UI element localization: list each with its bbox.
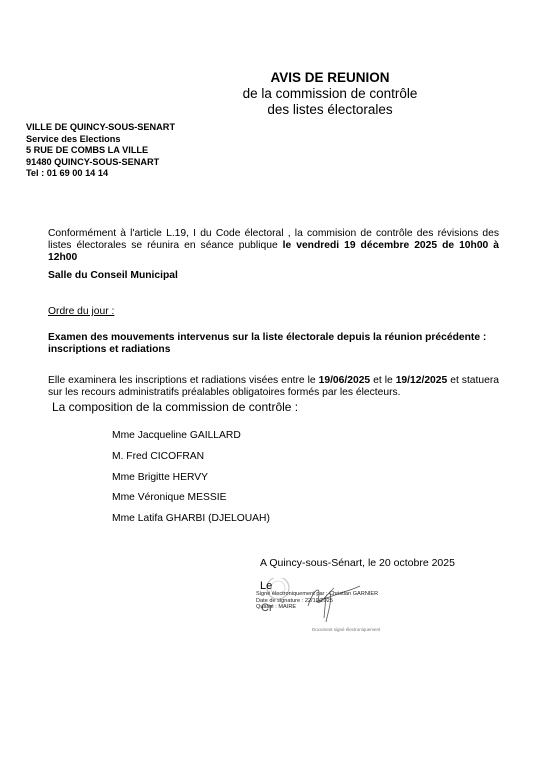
sender-address: VILLE DE QUINCY-SOUS-SENART Service des … bbox=[26, 122, 175, 180]
sender-street: 5 RUE DE COMBS LA VILLE bbox=[26, 145, 175, 157]
exam-text-1: Elle examinera les inscriptions et radia… bbox=[48, 375, 319, 386]
member-item: Mme Jacqueline GAILLARD bbox=[112, 426, 270, 447]
exam-date-end: 19/12/2025 bbox=[396, 375, 448, 386]
e-signature-details: Signé électroniquement par : Christian G… bbox=[256, 591, 378, 611]
agenda-label: Ordre du jour : bbox=[48, 306, 114, 317]
document-signed-note: Document signé électroniquement bbox=[312, 627, 380, 632]
signature-block: Le Signé électroniquement par : Christia… bbox=[256, 578, 436, 638]
sender-city: VILLE DE QUINCY-SOUS-SENART bbox=[26, 122, 175, 134]
sender-service: Service des Elections bbox=[26, 134, 175, 146]
member-list: Mme Jacqueline GAILLARD M. Fred CICOFRAN… bbox=[112, 426, 270, 530]
title-line-2: de la commission de contrôle bbox=[210, 86, 450, 102]
member-item: Mme Brigitte HERVY bbox=[112, 468, 270, 489]
member-item: Mme Véronique MESSIE bbox=[112, 488, 270, 509]
title-line-1: AVIS DE REUNION bbox=[210, 70, 450, 86]
meeting-location: Salle du Conseil Municipal bbox=[48, 270, 499, 282]
exam-paragraph: Elle examinera les inscriptions et radia… bbox=[48, 375, 499, 399]
composition-label: La composition de la commission de contr… bbox=[52, 400, 512, 414]
place-and-date: A Quincy-sous-Sénart, le 20 octobre 2025 bbox=[260, 557, 455, 569]
notice-title: AVIS DE REUNION de la commission de cont… bbox=[210, 70, 450, 118]
exam-date-start: 19/06/2025 bbox=[319, 375, 371, 386]
title-line-3: des listes électorales bbox=[210, 102, 450, 118]
signed-by: Signé électroniquement par : Christian G… bbox=[256, 591, 378, 598]
agenda-label-wrap: Ordre du jour : bbox=[48, 306, 499, 318]
sender-postcode: 91480 QUINCY-SOUS-SENART bbox=[26, 157, 175, 169]
signer-role: Qualité : MAIRE bbox=[256, 604, 378, 611]
member-item: Mme Latifa GHARBI (DJELOUAH) bbox=[112, 509, 270, 530]
agenda-item: Examen des mouvements intervenus sur la … bbox=[48, 332, 499, 356]
exam-text-2: et le bbox=[370, 375, 396, 386]
sender-phone: Tel : 01 69 00 14 14 bbox=[26, 168, 175, 180]
intro-paragraph: Conformément à l'article L.19, I du Code… bbox=[48, 228, 499, 264]
signer-name-fragment: Cr bbox=[261, 602, 273, 614]
member-item: M. Fred CICOFRAN bbox=[112, 447, 270, 468]
